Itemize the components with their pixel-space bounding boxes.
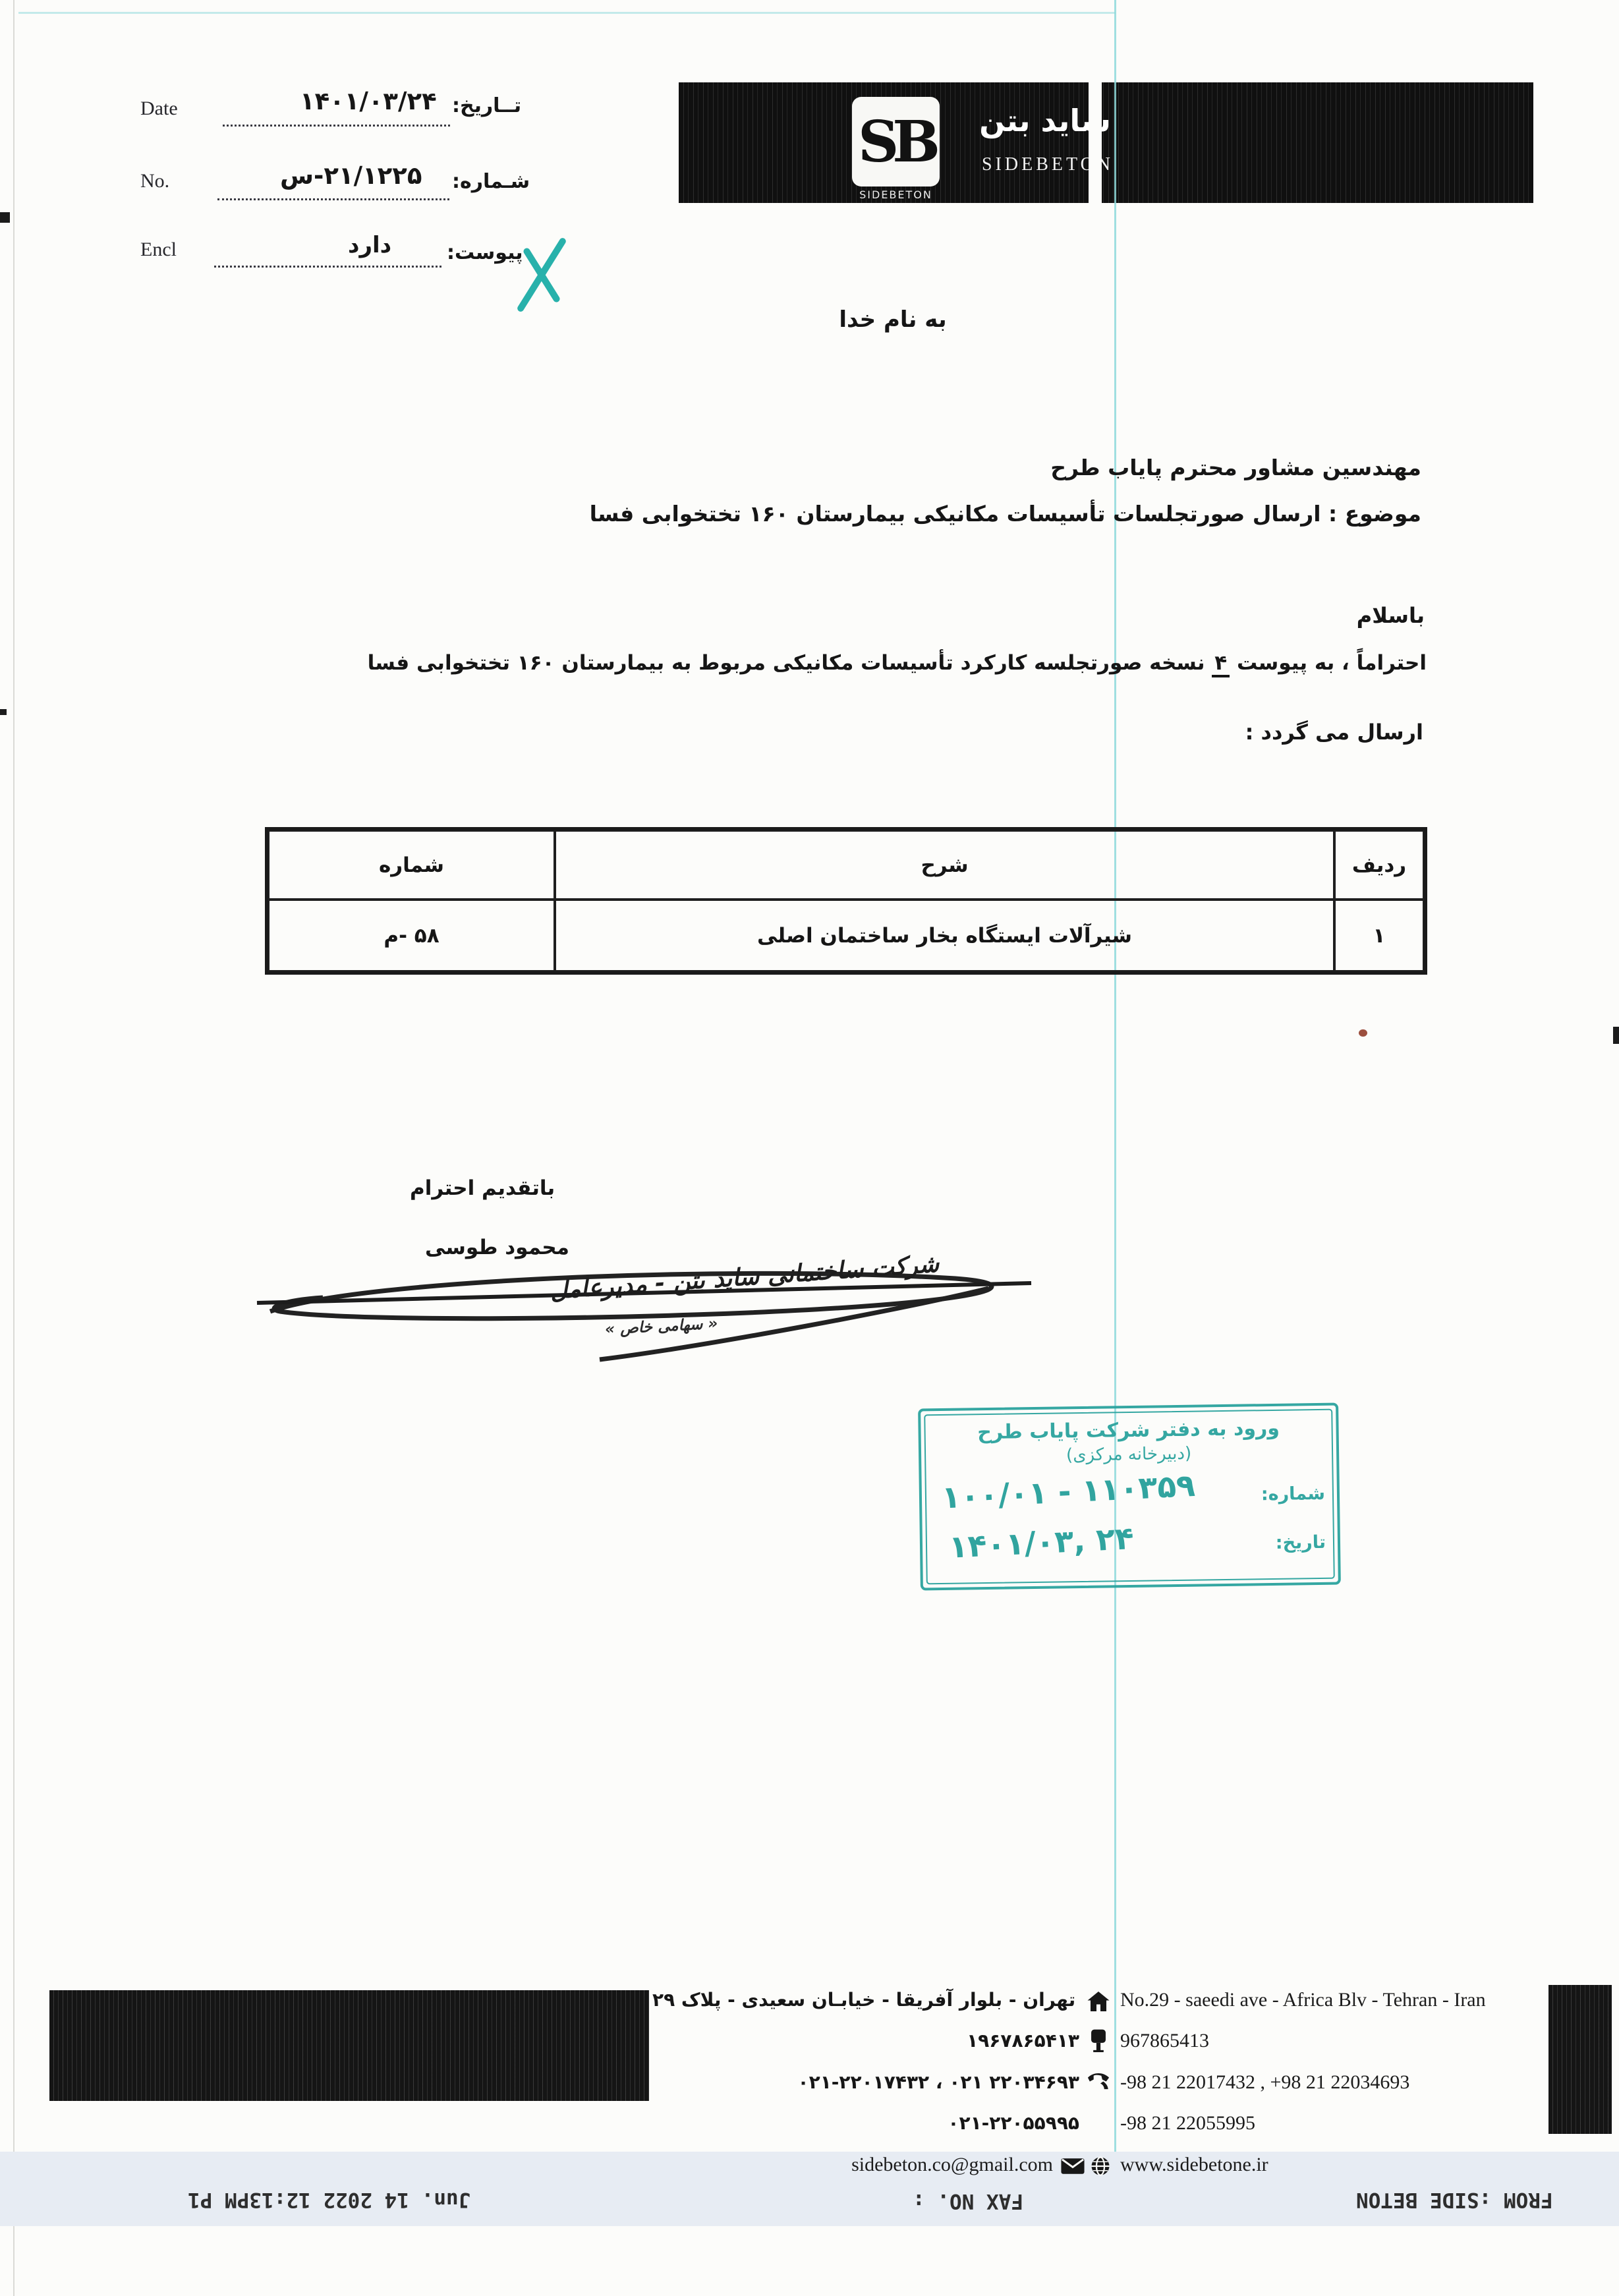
body-line: احتراماً ، به پیوست ۴ نسخه صورتجلسه کارک… [368,651,1427,675]
body-closing: ارسال می گردد : [1245,720,1423,745]
envelope-icon [1060,2157,1085,2175]
col-header-row: ردیف [1334,830,1424,900]
no-label-fa: شـماره: [452,170,530,193]
no-label-en: No. [140,170,169,192]
scan-artifact-tick [0,212,10,223]
table-row-index: ۱ [1334,900,1424,971]
body-suffix: نسخه صورتجلسه کارکرد تأسیسات مکانیکی مرب… [368,651,1212,675]
col-header-number: شماره [268,830,555,900]
incoming-stamp: ورود به دفتر شرکت پایاب طرح (دبیرخانه مر… [918,1403,1341,1591]
brand-name-fa: ساید بتن [955,103,1135,138]
stamp-date-label: تاریخ: [1276,1532,1326,1553]
contact-icons [1057,2156,1114,2176]
enclosure-table: ردیف شرح شماره ۱ شیرآلات ایستگاه بخار سا… [265,827,1427,975]
bismillah: به نام خدا [807,306,979,333]
sidebeton-logo: SB [852,97,940,187]
date-value: ۱۴۰۱/۰۳/۲۴ [300,87,437,115]
house-icon [1084,1990,1113,2013]
scanned-letter-page: Date ۱۴۰۱/۰۳/۲۴ تــاریخ: No. س-۲۱/۱۲۲۵ ش… [0,0,1619,2296]
body-prefix: احتراماً ، به پیوست [1230,651,1427,675]
encl-label-en: Encl [140,239,177,261]
col-header-description: شرح [555,830,1334,900]
date-label-en: Date [140,98,178,120]
scan-cyan-horizontal-line [18,12,1116,14]
footer-fax-fa: ۰۲۱-۲۲۰۵۵۹۹۵ [652,2112,1079,2134]
scan-black-bar-right [1548,1985,1612,2134]
scan-white-gap [1089,81,1102,204]
postal-code-icon [1084,2028,1113,2052]
recipient-line: مهندسین مشاور محترم پایاب طرح [1050,455,1421,480]
scan-artifact-tick [0,709,7,715]
dotted-leader [214,265,441,268]
footer-email: sidebeton.co@gmail.com [652,2154,1053,2176]
footer-address-en: No.29 - saeedi ave - Africa Blv - Tehran… [1120,1989,1486,2011]
footer-address-fa: تهران - بلوار آفریقا - خیابـان سعیدی - پ… [652,1989,1079,2011]
paper-left-edge-line [13,0,14,2296]
phone-icon [1084,2069,1113,2092]
footer-website: www.sidebetone.ir [1120,2154,1268,2176]
scan-artifact-tick [1613,1027,1619,1044]
salutation: باسلام [1357,603,1425,628]
footer-postcode-en: 967865413 [1120,2030,1209,2052]
dotted-leader [223,124,450,127]
subject-line: موضوع : ارسال صورتجلسات تأسیسات مکانیکی … [590,501,1421,527]
sb-monogram-icon: SB [858,109,934,175]
footer-fax-en: -98 21 22055995 [1120,2112,1255,2135]
copies-count: ۴ [1212,651,1230,677]
table-row-description: شیرآلات ایستگاه بخار ساختمان اصلی [555,900,1334,971]
red-ink-speck [1359,1029,1367,1037]
brand-band [679,82,1533,203]
footer-phones-en: -98 21 22017432 , +98 21 22034693 [1120,2071,1409,2094]
fax-number-label: FAX NO. : [913,2189,1023,2213]
date-label-fa: تــاریخ: [452,94,521,117]
fax-timestamp: Jun. 14 2022 12:13PM P1 [188,2188,470,2212]
fax-from-label: FROM :SIDE BETON [1356,2188,1553,2212]
encl-value: دارد [348,232,391,258]
stamp-no-label: شماره: [1261,1483,1326,1505]
table-row-number: م- ۵۸ [383,924,439,948]
dotted-leader [217,198,449,200]
footer-phones-fa: ۰۲۱-۲۲۰۱۷۴۳۲ ، ۰۲۱ ۲۲۰۳۴۶۹۳ [652,2071,1079,2093]
globe-icon [1091,2156,1110,2176]
brand-name-en: SIDEBETON [959,154,1137,175]
letter-number-value: س-۲۱/۱۲۲۵ [280,161,422,190]
scan-cyan-vertical-line [1114,0,1116,2226]
scan-black-bar-left [49,1990,649,2101]
footer-postcode-fa: ۱۹۶۷۸۶۵۴۱۳ [652,2030,1079,2052]
logo-caption: SIDEBETON [845,188,946,201]
signature-regards: باتقدیم احترام [410,1176,555,1200]
teal-x-checkmark [502,232,588,324]
